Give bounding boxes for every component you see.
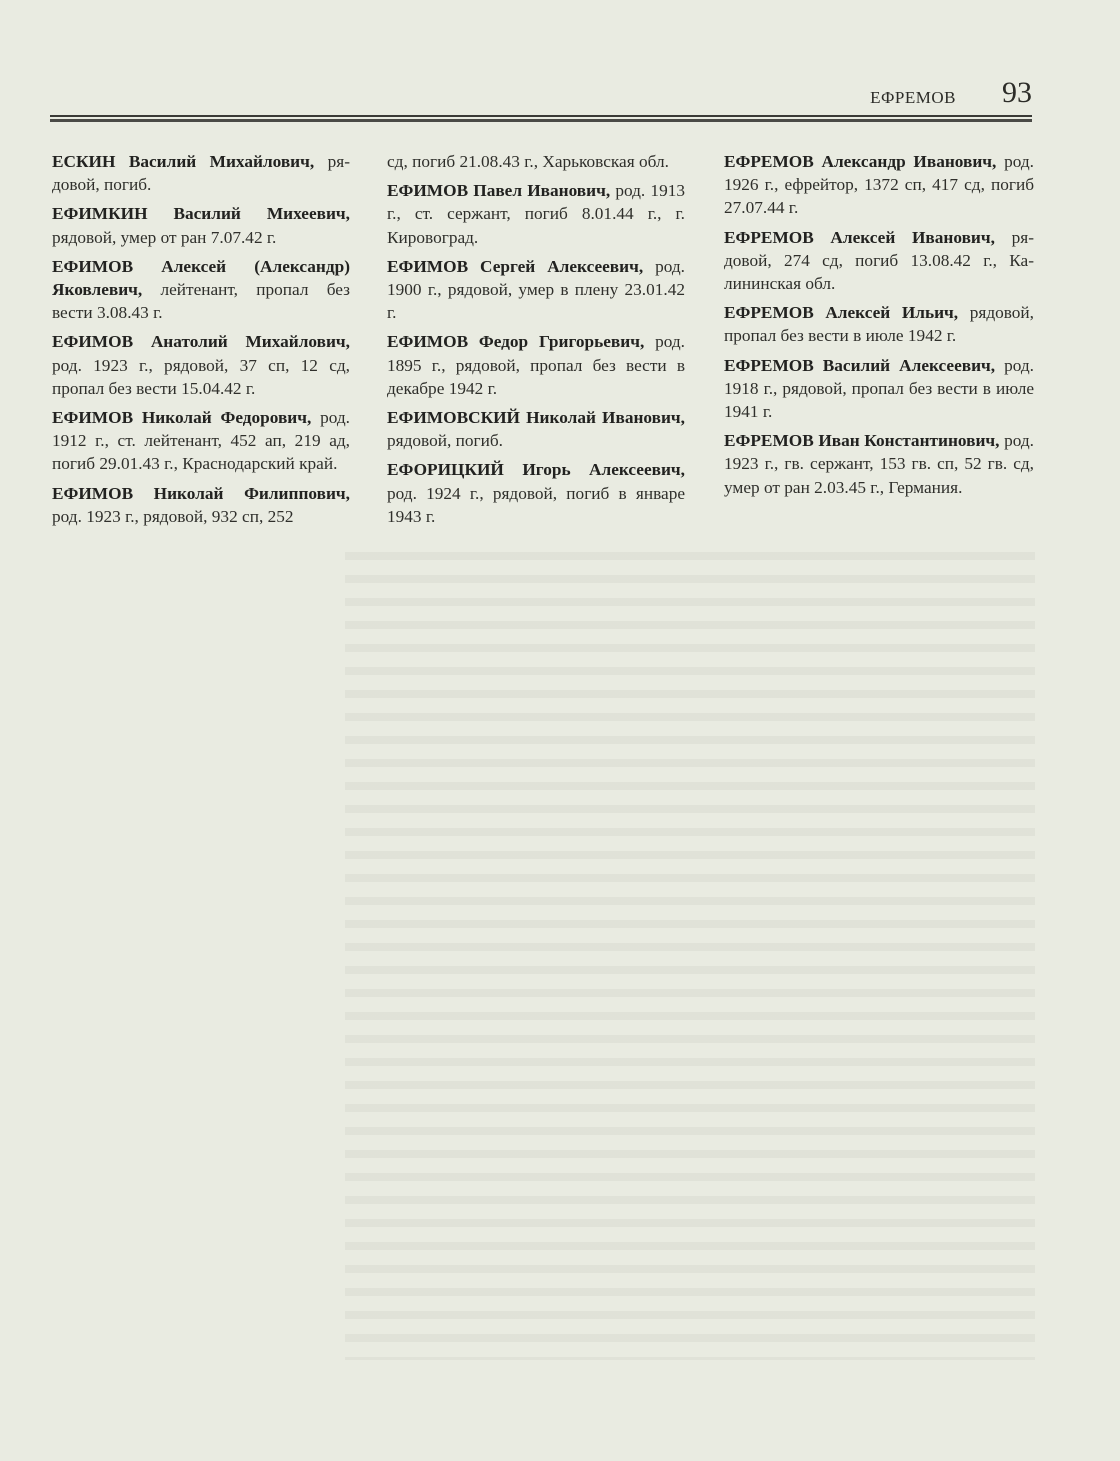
entry-details: род. 1923 г., рядовой, 37 сп, 12 сд, про… [52, 356, 350, 398]
page-header: ЕФРЕМОВ 93 [50, 78, 1032, 122]
register-entry: сд, погиб 21.08.43 г., Харьковская обл. [387, 150, 685, 173]
register-entry: ЕФИМОВ Федор Григорьевич, род. 1895 г., … [387, 330, 685, 400]
header-rule-thin [50, 115, 1032, 117]
entry-details: род. 1923 г., рядовой, 932 сп, 252 [52, 507, 294, 526]
entry-name: ЕФРЕМОВ Иван Константинович, [724, 431, 1000, 450]
register-entry: ЕФРЕМОВ Василий Алексеевич, род. 1918 г.… [724, 354, 1034, 424]
register-entry: ЕФРЕМОВ Алексей Ильич, рядо­вой, пропал … [724, 301, 1034, 347]
column-2: сд, погиб 21.08.43 г., Харьковская обл.Е… [387, 150, 685, 534]
entry-name: ЕФИМОВ Анатолий Михайлович, [52, 332, 350, 351]
entry-details: род. 1924 г., рядовой, погиб в янва­ре 1… [387, 484, 685, 526]
register-entry: ЕФИМОВСКИЙ Николай Ивано­вич, рядовой, п… [387, 406, 685, 452]
running-head: ЕФРЕМОВ [870, 88, 956, 108]
register-entry: ЕФИМОВ Анатолий Михайлович, род. 1923 г.… [52, 330, 350, 400]
entry-name: ЕФРЕМОВ Александр Иванович, [724, 152, 996, 171]
entry-name: ЕФРЕМОВ Алексей Иванович, [724, 228, 995, 247]
entry-name: ЕФРЕМОВ Алексей Ильич, [724, 303, 958, 322]
entry-name: ЕФИМКИН Василий Михеевич, [52, 204, 350, 223]
entry-name: ЕФИМОВ Николай Филиппович, [52, 484, 350, 503]
entry-name: ЕФИМОВ Сергей Алексеевич, [387, 257, 643, 276]
bleed-through-texture [345, 540, 1035, 1360]
register-entry: ЕСКИН Василий Михайлович, ря­довой, поги… [52, 150, 350, 196]
register-entry: ЕФИМОВ Николай Федорович, род. 1912 г., … [52, 406, 350, 476]
header-rule-thick [50, 119, 1032, 122]
entry-details: сд, погиб 21.08.43 г., Харьковская обл. [387, 152, 669, 171]
entry-name: ЕФИМОВ Николай Федорович, [52, 408, 311, 427]
column-3: ЕФРЕМОВ Александр Иванович, род. 1926 г.… [724, 150, 1034, 505]
register-entry: ЕФИМОВ Павел Иванович, род. 1913 г., ст.… [387, 179, 685, 249]
column-1: ЕСКИН Василий Михайлович, ря­довой, поги… [52, 150, 350, 534]
entry-name: ЕФИМОВ Павел Иванович, [387, 181, 610, 200]
register-entry: ЕФИМОВ Алексей (Александр) Яковлевич, ле… [52, 255, 350, 325]
entry-name: ЕФРЕМОВ Василий Алексеевич, [724, 356, 995, 375]
page-number: 93 [1002, 78, 1032, 108]
entry-name: ЕФОРИЦКИЙ Игорь Алексеевич, [387, 460, 685, 479]
register-entry: ЕФОРИЦКИЙ Игорь Алексеевич, род. 1924 г.… [387, 458, 685, 528]
register-entry: ЕФРЕМОВ Иван Константинович, род. 1923 г… [724, 429, 1034, 499]
entry-name: ЕФИМОВСКИЙ Николай Ивано­вич, [387, 408, 685, 427]
register-entry: ЕФРЕМОВ Александр Иванович, род. 1926 г.… [724, 150, 1034, 220]
entry-details: рядовой, умер от ран 7.07.42 г. [52, 228, 276, 247]
register-entry: ЕФИМОВ Николай Филиппович, род. 1923 г.,… [52, 482, 350, 528]
entry-name: ЕСКИН Василий Михайлович, [52, 152, 314, 171]
entry-details: рядовой, погиб. [387, 431, 503, 450]
entry-name: ЕФИМОВ Федор Григорьевич, [387, 332, 644, 351]
register-entry: ЕФИМОВ Сергей Алексеевич, род. 1900 г., … [387, 255, 685, 325]
register-entry: ЕФИМКИН Василий Михеевич, рядовой, умер … [52, 202, 350, 248]
register-entry: ЕФРЕМОВ Алексей Иванович, ря­довой, 274 … [724, 226, 1034, 296]
